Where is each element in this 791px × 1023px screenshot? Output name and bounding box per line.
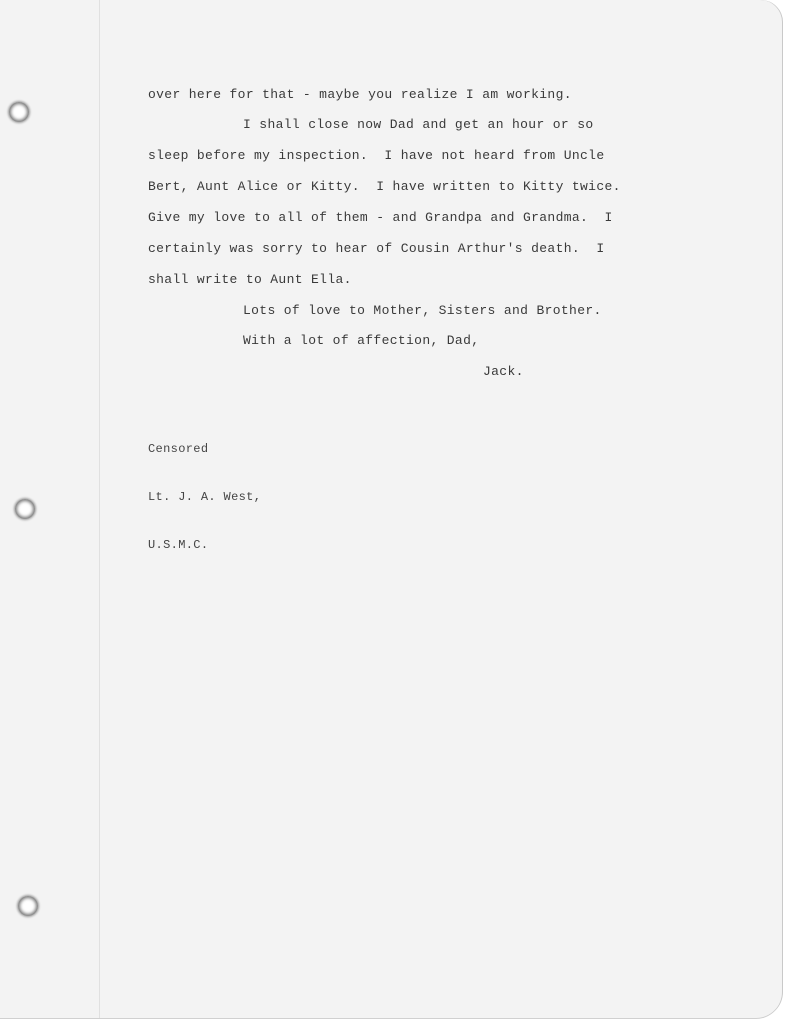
letter-line: Lots of love to Mother, Sisters and Brot…: [243, 303, 602, 318]
letter-line: sleep before my inspection. I have not h…: [148, 148, 604, 163]
censor-stamp: Censored Lt. J. A. West, U.S.M.C.: [148, 409, 261, 585]
letter-page: over here for that - maybe you realize I…: [0, 0, 782, 1018]
letter-line: shall write to Aunt Ella.: [148, 272, 352, 287]
censor-unit: U.S.M.C.: [148, 537, 261, 553]
censor-label: Censored: [148, 441, 261, 457]
margin-line: [99, 0, 100, 1018]
letter-line: certainly was sorry to hear of Cousin Ar…: [148, 241, 604, 256]
letter-body: over here for that - maybe you realize I…: [0, 0, 33, 180]
letter-line: I shall close now Dad and get an hour or…: [243, 117, 594, 132]
letter-line: over here for that - maybe you realize I…: [148, 87, 572, 102]
censor-name: Lt. J. A. West,: [148, 489, 261, 505]
letter-signature: Jack.: [483, 364, 524, 379]
punch-hole: [18, 896, 38, 916]
letter-line: Bert, Aunt Alice or Kitty. I have writte…: [148, 179, 621, 194]
letter-closing: With a lot of affection, Dad,: [243, 333, 479, 348]
letter-line: Give my love to all of them - and Grandp…: [148, 210, 613, 225]
punch-hole: [15, 499, 35, 519]
